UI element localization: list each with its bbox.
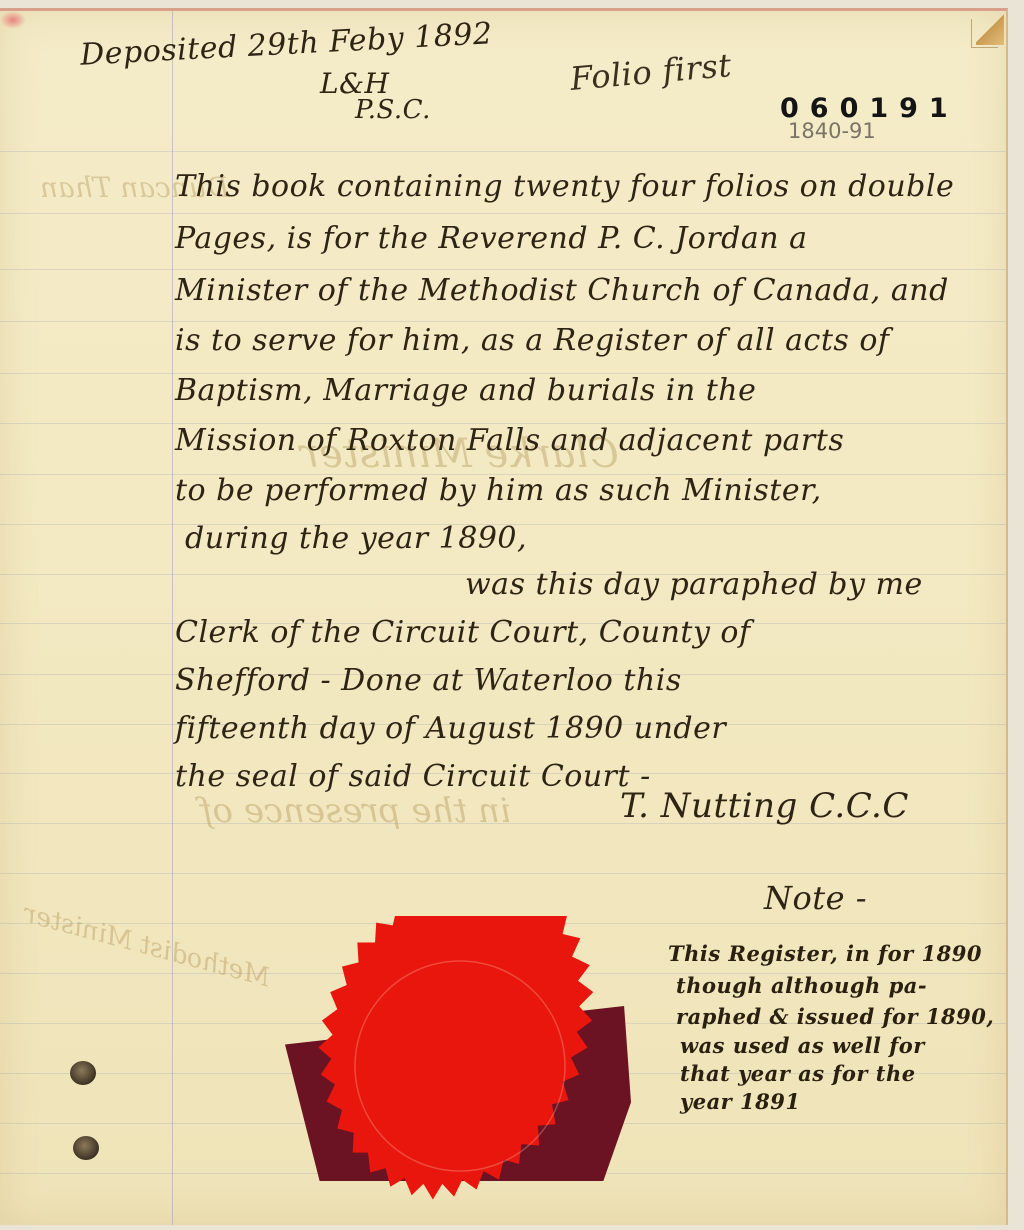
pencil-years: 1840-91 xyxy=(788,119,876,143)
body-line: during the year 1890, xyxy=(185,521,527,556)
note-line: that year as for the xyxy=(680,1061,916,1086)
note-line: was used as well for xyxy=(680,1033,925,1058)
body-line: to be performed by him as such Minister, xyxy=(175,473,822,508)
bleed-through-text: Methodist Minister xyxy=(20,899,273,994)
red-seal-icon xyxy=(300,916,620,1216)
clerk-signature: T. Nutting C.C.C xyxy=(620,786,909,826)
ruled-line xyxy=(0,321,1006,322)
body-line: Minister of the Methodist Church of Cana… xyxy=(175,273,949,308)
body-line: This book containing twenty four folios … xyxy=(175,169,954,204)
red-stain xyxy=(0,11,26,29)
body-line: fifteenth day of August 1890 under xyxy=(175,711,726,746)
note-line: raphed & issued for 1890, xyxy=(676,1004,994,1029)
body-line: Clerk of the Circuit Court, County of xyxy=(175,615,751,650)
folio-label: Folio first xyxy=(569,46,733,98)
body-line: Mission of Roxton Falls and adjacent par… xyxy=(175,423,844,458)
ruled-line xyxy=(0,213,1006,214)
body-line: the seal of said Circuit Court - xyxy=(175,759,651,794)
note-line: year 1891 xyxy=(680,1089,801,1114)
binding-hole xyxy=(73,1136,99,1160)
body-line: Shefford - Done at Waterloo this xyxy=(175,663,682,698)
ruled-line xyxy=(0,873,1006,874)
note-title: Note - xyxy=(764,879,867,917)
note-line: though although pa- xyxy=(676,973,927,998)
body-line: Baptism, Marriage and burials in the xyxy=(175,373,756,408)
ruled-line xyxy=(0,151,1006,152)
corner-mark xyxy=(971,19,998,48)
deposited-note: Deposited 29th Feby 1892 xyxy=(79,16,493,73)
register-page: Duncan Than Clarke Minister in the prese… xyxy=(0,8,1008,1225)
binding-hole xyxy=(70,1061,96,1085)
ruled-line xyxy=(0,269,1006,270)
initials-line-2: P.S.C. xyxy=(355,95,431,125)
body-line: is to serve for him, as a Register of al… xyxy=(175,323,890,358)
body-line: Pages, is for the Reverend P. C. Jordan … xyxy=(175,221,807,256)
note-line: This Register, in for 1890 xyxy=(668,941,982,966)
bleed-through-text: in the presence of xyxy=(200,791,511,831)
body-line: was this day paraphed by me xyxy=(465,567,923,602)
